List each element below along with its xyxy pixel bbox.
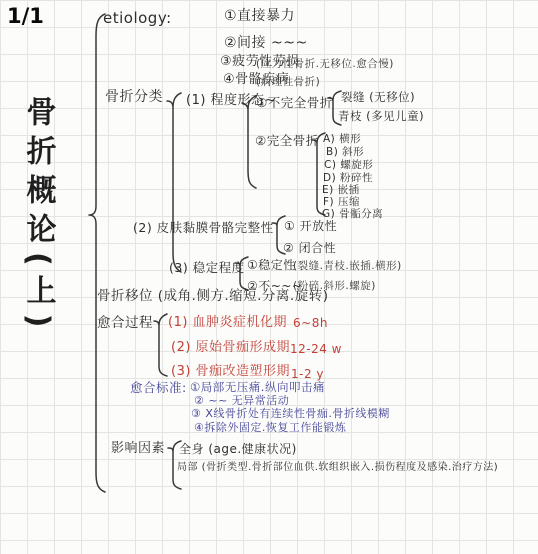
brace-healing xyxy=(154,314,167,376)
criteria-item-4: ④拆除外固定.恢复工作能锻炼 xyxy=(194,422,346,434)
complete-item-c: C) 螺旋形 xyxy=(324,160,373,171)
factors-systemic: 全身 (age.健康状况) xyxy=(179,443,297,456)
incomplete-fracture-label: ①不完全骨折 xyxy=(256,96,333,109)
etiology-item-1: ①直接暴力 xyxy=(224,9,295,24)
complete-item-d: D) 粉碎性 xyxy=(323,173,373,184)
healing-process-label: 愈合过程 xyxy=(97,316,153,330)
etiology-item-4-note: (病理性骨折) xyxy=(256,77,320,88)
complete-item-b: B) 斜形 xyxy=(326,147,364,158)
page-title: 骨折概论(上) xyxy=(22,96,54,326)
stable-note: (裂缝.青枝.嵌插.横形) xyxy=(293,261,402,272)
healing-stage-2-time: 12-24 w xyxy=(290,343,342,356)
page-number: 1/1 xyxy=(7,5,44,27)
healing-criteria-label: 愈合标准: xyxy=(130,381,187,394)
brace-main xyxy=(89,14,105,492)
classification-label: 骨折分类 xyxy=(105,90,163,105)
etiology-item-3-note: (应力性骨折.无移位.愈合慢) xyxy=(256,59,394,70)
healing-stage-3-time: 1-2 y xyxy=(291,368,324,381)
healing-stage-1-time: 6~8h xyxy=(293,317,328,330)
closed-fracture: ② 闭合性 xyxy=(283,242,336,255)
healing-stage-3: (3) 骨痂改造塑形期 xyxy=(171,365,290,379)
brace-classification xyxy=(167,93,181,272)
factors-local: 局部 (骨折类型.骨折部位血供.软组织嵌入.损伤程度及感染.治疗方法) xyxy=(177,463,498,474)
criteria-item-1: ①局部无压痛.纵向叩击痛 xyxy=(190,381,325,393)
stable-label: ①稳定性 xyxy=(247,259,296,272)
healing-stage-2: (2) 原始骨痂形成期 xyxy=(171,341,290,355)
criteria-item-3: ③ X线骨折处有连续性骨痂.骨折线模糊 xyxy=(191,408,390,420)
brace-degree xyxy=(242,96,256,188)
incomplete-crack: 裂缝 (无移位) xyxy=(341,91,415,103)
complete-item-e: E) 嵌插 xyxy=(322,185,360,196)
incomplete-greenstick: 青枝 (多见儿童) xyxy=(338,110,424,122)
complete-item-a: A) 横形 xyxy=(323,134,361,145)
complete-item-f: F) 压缩 xyxy=(323,197,360,208)
etiology-label: etiology: xyxy=(103,11,172,27)
class-stability-label: (3) 稳定程度 xyxy=(169,261,245,274)
displacement-label: 骨折移位 (成角.侧方.缩短.分离.旋转) xyxy=(97,289,329,303)
class-integrity-label: (2) 皮肤黏膜骨骼完整性 xyxy=(133,221,274,234)
notebook-page: 1/1 骨折概论(上) etiology: ①直接暴力 ②间接 ~~~ ③疲劳性… xyxy=(0,0,538,554)
criteria-item-2: ② ~~ 无异常活动 xyxy=(194,395,289,407)
open-fracture: ① 开放性 xyxy=(284,220,337,233)
etiology-item-2: ②间接 ~~~ xyxy=(224,36,308,51)
healing-stage-1: (1) 血肿炎症机化期 xyxy=(168,316,287,330)
complete-fracture-label: ②完全骨折 xyxy=(255,134,319,147)
factors-label: 影响因素 xyxy=(111,442,165,456)
